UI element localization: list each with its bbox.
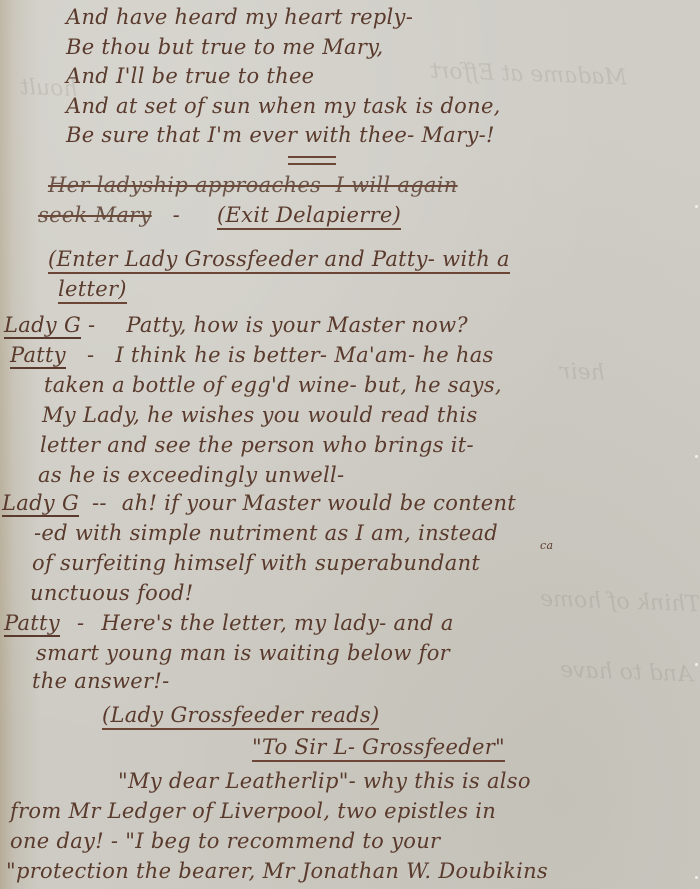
stage-direction-enter: letter) — [58, 276, 127, 302]
dialogue-line: Lady G -- ah! if your Master would be co… — [2, 490, 516, 516]
section-divider — [288, 156, 336, 165]
speech: Here's the letter, my lady- and a — [101, 611, 453, 635]
letter-line: "protection the bearer, Mr Jonathan W. D… — [6, 858, 548, 884]
stage-direction-enter-line1: (Enter Lady Grossfeeder and Patty- with … — [48, 247, 510, 274]
paper-speck — [695, 663, 698, 666]
paper-speck — [695, 455, 698, 458]
stage-direction-exit: (Exit Delapierre) — [217, 203, 401, 230]
speech-continuation: unctuous food! — [30, 580, 194, 606]
bleed-through-text: To Think of home — [540, 587, 700, 619]
stage-direction-enter: (Enter Lady Grossfeeder and Patty- with … — [48, 246, 510, 272]
speech-continuation: the answer!- — [32, 668, 169, 694]
stage-direction-enter-line2: letter) — [58, 277, 127, 304]
letter-heading-text: "To Sir L- Grossfeeder" — [252, 735, 505, 762]
speech-continuation: letter and see the person who brings it- — [40, 432, 474, 458]
bleed-through-text: Madame at Effort — [430, 59, 628, 91]
letter-heading: "To Sir L- Grossfeeder" — [252, 734, 505, 760]
verse-line: And I'll be true to thee — [66, 63, 314, 89]
speech-continuation: of surfeiting himself with superabundant — [32, 550, 480, 576]
stage-direction-reads-text: (Lady Grossfeeder reads) — [102, 703, 379, 730]
letter-line: from Mr Ledger of Liverpool, two epistle… — [10, 798, 496, 824]
speaker-name: Patty — [4, 611, 60, 637]
exit-line: seek Mary - (Exit Delapierre) — [38, 202, 401, 228]
bleed-through-text: heir — [560, 359, 606, 386]
stage-direction-reads: (Lady Grossfeeder reads) — [102, 702, 379, 728]
speech: Patty, how is your Master now? — [126, 313, 468, 337]
verse-line: And have heard my heart reply- — [66, 4, 413, 30]
struck-line: Her ladyship approaches- I will again — [48, 172, 458, 198]
dash: - — [173, 203, 180, 227]
separator: -- — [92, 491, 107, 515]
speaker-name: Patty — [10, 343, 66, 369]
speech: I think he is better- Ma'am- he has — [115, 343, 493, 367]
paper-speck — [695, 205, 698, 208]
verse-line: And at set of sun when my task is done, — [66, 93, 501, 119]
verse-line: Be sure that I'm ever with thee- Mary-! — [66, 122, 495, 148]
speech-continuation: taken a bottle of egg'd wine- but, he sa… — [44, 372, 502, 398]
letter-line: one day! - "I beg to recommend to your — [10, 828, 440, 854]
speaker-name: Lady G — [2, 491, 79, 517]
paper-speck — [695, 876, 698, 879]
speech-continuation: as he is exceedingly unwell- — [38, 462, 344, 488]
letter-line: "My dear Leatherlip"- why this is also — [118, 768, 531, 794]
speaker-name: Lady G — [4, 313, 81, 339]
speech: ah! if your Master would be content — [122, 491, 516, 515]
speech-continuation: smart young man is waiting below for — [36, 640, 450, 666]
verse-line: Be thou but true to me Mary, — [66, 34, 384, 60]
separator: - — [77, 611, 84, 635]
speech-continuation: -ed with simple nutriment as I am, inste… — [34, 520, 498, 546]
dialogue-line: Lady G - Patty, how is your Master now? — [4, 312, 468, 338]
bleed-through-text: And to have — [560, 658, 694, 688]
dialogue-line: Patty - Here's the letter, my lady- and … — [4, 610, 454, 636]
separator: - — [87, 343, 94, 367]
speech-continuation: My Lady, he wishes you would read this — [42, 402, 478, 428]
interlinear-note: ca — [540, 540, 553, 552]
separator: - — [88, 313, 95, 337]
manuscript-page: Madame at Effort hoult heir To Think of … — [0, 0, 700, 889]
struck-text: seek Mary — [38, 203, 152, 227]
dialogue-line: Patty - I think he is better- Ma'am- he … — [10, 342, 494, 368]
